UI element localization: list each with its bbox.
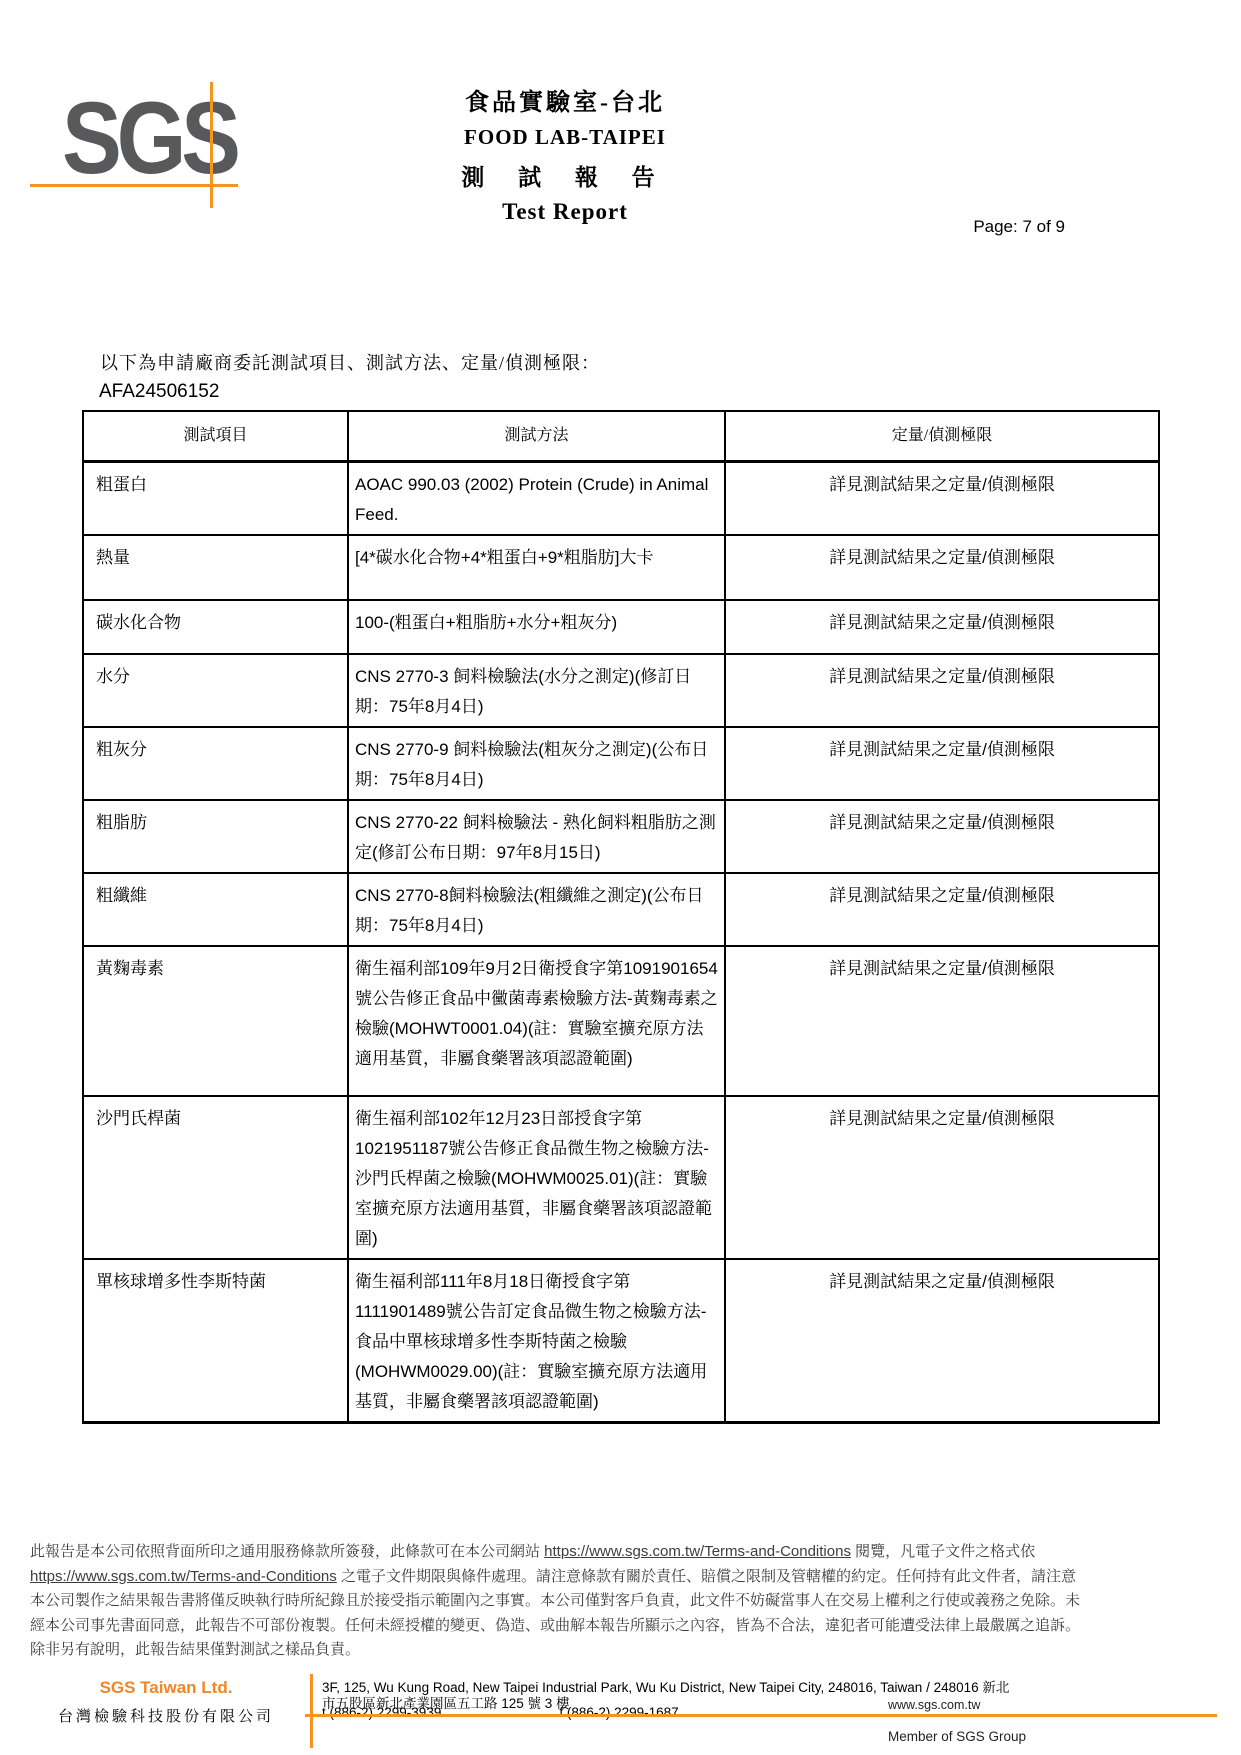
intro-description: 以下為申請廠商委託測試項目、測試方法、定量/偵測極限： <box>100 349 600 375</box>
test-method: AOAC 990.03 (2002) Protein (Crude) in An… <box>348 461 725 535</box>
test-item: 粗蛋白 <box>83 461 348 535</box>
report-title-block: 食品實驗室-台北 FOOD LAB-TAIPEI 測 試 報 告 Test Re… <box>395 82 735 225</box>
test-limit: 詳見測試結果之定量/偵測極限 <box>725 535 1159 600</box>
terms-link[interactable]: https://www.sgs.com.tw/Terms-and-Conditi… <box>544 1543 851 1560</box>
company-name-block: SGS Taiwan Ltd. 台灣檢驗科技股份有限公司 <box>30 1678 302 1726</box>
logo-orange-vertical-line <box>210 82 213 208</box>
company-name-zh: 台灣檢驗科技股份有限公司 <box>30 1705 302 1726</box>
test-method: 衛生福利部111年8月18日衛授食字第1111901489號公告訂定食品微生物之… <box>348 1259 725 1423</box>
test-limit: 詳見測試結果之定量/偵測極限 <box>725 873 1159 946</box>
table-row: 粗脂肪 CNS 2770-22 飼料檢驗法 - 熟化飼料粗脂肪之測定(修訂公布日… <box>83 800 1159 873</box>
legal-text: 閱覽，凡電子文件之格式依 <box>851 1543 1035 1560</box>
test-item: 粗纖維 <box>83 873 348 946</box>
lab-title-en: FOOD LAB-TAIPEI <box>395 125 735 150</box>
test-item: 單核球增多性李斯特菌 <box>83 1259 348 1423</box>
header-test-item: 測試項目 <box>83 411 348 461</box>
test-limit: 詳見測試結果之定量/偵測極限 <box>725 727 1159 800</box>
test-limit: 詳見測試結果之定量/偵測極限 <box>725 461 1159 535</box>
test-method: [4*碳水化合物+4*粗蛋白+9*粗脂肪]大卡 <box>348 535 725 600</box>
table-row: 碳水化合物 100-(粗蛋白+粗脂肪+水分+粗灰分) 詳見測試結果之定量/偵測極… <box>83 600 1159 654</box>
table-row: 單核球增多性李斯特菌 衛生福利部111年8月18日衛授食字第1111901489… <box>83 1259 1159 1423</box>
company-phone-fax: t (886-2) 2299-3939f (886-2) 2299-1687 <box>322 1705 679 1720</box>
test-method: 100-(粗蛋白+粗脂肪+水分+粗灰分) <box>348 600 725 654</box>
test-method: CNS 2770-22 飼料檢驗法 - 熟化飼料粗脂肪之測定(修訂公布日期：97… <box>348 800 725 873</box>
table-row: 黃麴毒素 衛生福利部109年9月2日衛授食字第1091901654號公告修正食品… <box>83 946 1159 1096</box>
legal-text: 之電子文件期限與條件處理。請注意條款有關於責任、賠償之限制及管轄權的約定。任何持… <box>337 1568 1076 1585</box>
footer-orange-vertical-line <box>310 1674 313 1748</box>
table-header-row: 測試項目 測試方法 定量/偵測極限 <box>83 411 1159 461</box>
legal-line-1: 此報告是本公司依照背面所印之通用服務條款所簽發，此條款可在本公司網站 https… <box>30 1540 1220 1565</box>
test-method: CNS 2770-8飼料檢驗法(粗纖維之測定)(公布日期：75年8月4日) <box>348 873 725 946</box>
logo-orange-horizontal-line <box>30 184 238 187</box>
header-test-method: 測試方法 <box>348 411 725 461</box>
company-tel: t (886-2) 2299-3939 <box>322 1705 441 1720</box>
company-fax: f (886-2) 2299-1687 <box>559 1705 678 1720</box>
legal-line-4: 經本公司事先書面同意，此報告不可部份複製。任何未經授權的變更、偽造、或曲解本報告… <box>30 1614 1220 1639</box>
report-title-zh: 測 試 報 告 <box>395 159 735 192</box>
test-limit: 詳見測試結果之定量/偵測極限 <box>725 800 1159 873</box>
test-limit: 詳見測試結果之定量/偵測極限 <box>725 1259 1159 1423</box>
test-limit: 詳見測試結果之定量/偵測極限 <box>725 946 1159 1096</box>
test-item: 熱量 <box>83 535 348 600</box>
table-row: 沙門氏桿菌 衛生福利部102年12月23日部授食字第1021951187號公告修… <box>83 1096 1159 1259</box>
test-limit: 詳見測試結果之定量/偵測極限 <box>725 600 1159 654</box>
footer-orange-horizontal-line <box>305 1714 1217 1717</box>
test-method-table: 測試項目 測試方法 定量/偵測極限 粗蛋白 AOAC 990.03 (2002)… <box>82 410 1160 1424</box>
legal-line-2: https://www.sgs.com.tw/Terms-and-Conditi… <box>30 1565 1220 1590</box>
test-method: CNS 2770-9 飼料檢驗法(粗灰分之測定)(公布日期：75年8月4日) <box>348 727 725 800</box>
test-item: 粗灰分 <box>83 727 348 800</box>
test-item: 黃麴毒素 <box>83 946 348 1096</box>
test-limit: 詳見測試結果之定量/偵測極限 <box>725 1096 1159 1259</box>
test-item: 粗脂肪 <box>83 800 348 873</box>
legal-text: 此報告是本公司依照背面所印之通用服務條款所簽發，此條款可在本公司網站 <box>30 1543 544 1560</box>
address-en: 3F, 125, Wu Kung Road, New Taipei Indust… <box>322 1680 922 1695</box>
legal-line-3: 本公司製作之結果報告書將僅反映執行時所紀錄且於接受指示範圍內之事實。本公司僅對客… <box>30 1589 1220 1614</box>
member-of-sgs-group: Member of SGS Group <box>888 1729 1026 1744</box>
report-number: AFA24506152 <box>99 381 219 403</box>
legal-line-5: 除非另有說明，此報告結果僅對測試之樣品負責。 <box>30 1638 1220 1663</box>
test-item: 水分 <box>83 654 348 727</box>
company-website[interactable]: www.sgs.com.tw <box>888 1698 980 1712</box>
table-row: 粗灰分 CNS 2770-9 飼料檢驗法(粗灰分之測定)(公布日期：75年8月4… <box>83 727 1159 800</box>
test-item: 沙門氏桿菌 <box>83 1096 348 1259</box>
test-limit: 詳見測試結果之定量/偵測極限 <box>725 654 1159 727</box>
lab-title-zh: 食品實驗室-台北 <box>395 82 735 117</box>
table-row: 熱量 [4*碳水化合物+4*粗蛋白+9*粗脂肪]大卡 詳見測試結果之定量/偵測極… <box>83 535 1159 600</box>
table-row: 水分 CNS 2770-3 飼料檢驗法(水分之測定)(修訂日期：75年8月4日)… <box>83 654 1159 727</box>
test-method: 衛生福利部109年9月2日衛授食字第1091901654號公告修正食品中黴菌毒素… <box>348 946 725 1096</box>
table-row: 粗蛋白 AOAC 990.03 (2002) Protein (Crude) i… <box>83 461 1159 535</box>
page-number: Page: 7 of 9 <box>973 217 1065 237</box>
table-row: 粗纖維 CNS 2770-8飼料檢驗法(粗纖維之測定)(公布日期：75年8月4日… <box>83 873 1159 946</box>
company-name-en: SGS Taiwan Ltd. <box>30 1678 302 1698</box>
legal-disclaimer: 此報告是本公司依照背面所印之通用服務條款所簽發，此條款可在本公司網站 https… <box>30 1540 1220 1663</box>
test-method: CNS 2770-3 飼料檢驗法(水分之測定)(修訂日期：75年8月4日) <box>348 654 725 727</box>
terms-link[interactable]: https://www.sgs.com.tw/Terms-and-Conditi… <box>30 1568 337 1585</box>
report-title-en: Test Report <box>395 199 735 225</box>
test-method: 衛生福利部102年12月23日部授食字第1021951187號公告修正食品微生物… <box>348 1096 725 1259</box>
header-limit: 定量/偵測極限 <box>725 411 1159 461</box>
test-item: 碳水化合物 <box>83 600 348 654</box>
